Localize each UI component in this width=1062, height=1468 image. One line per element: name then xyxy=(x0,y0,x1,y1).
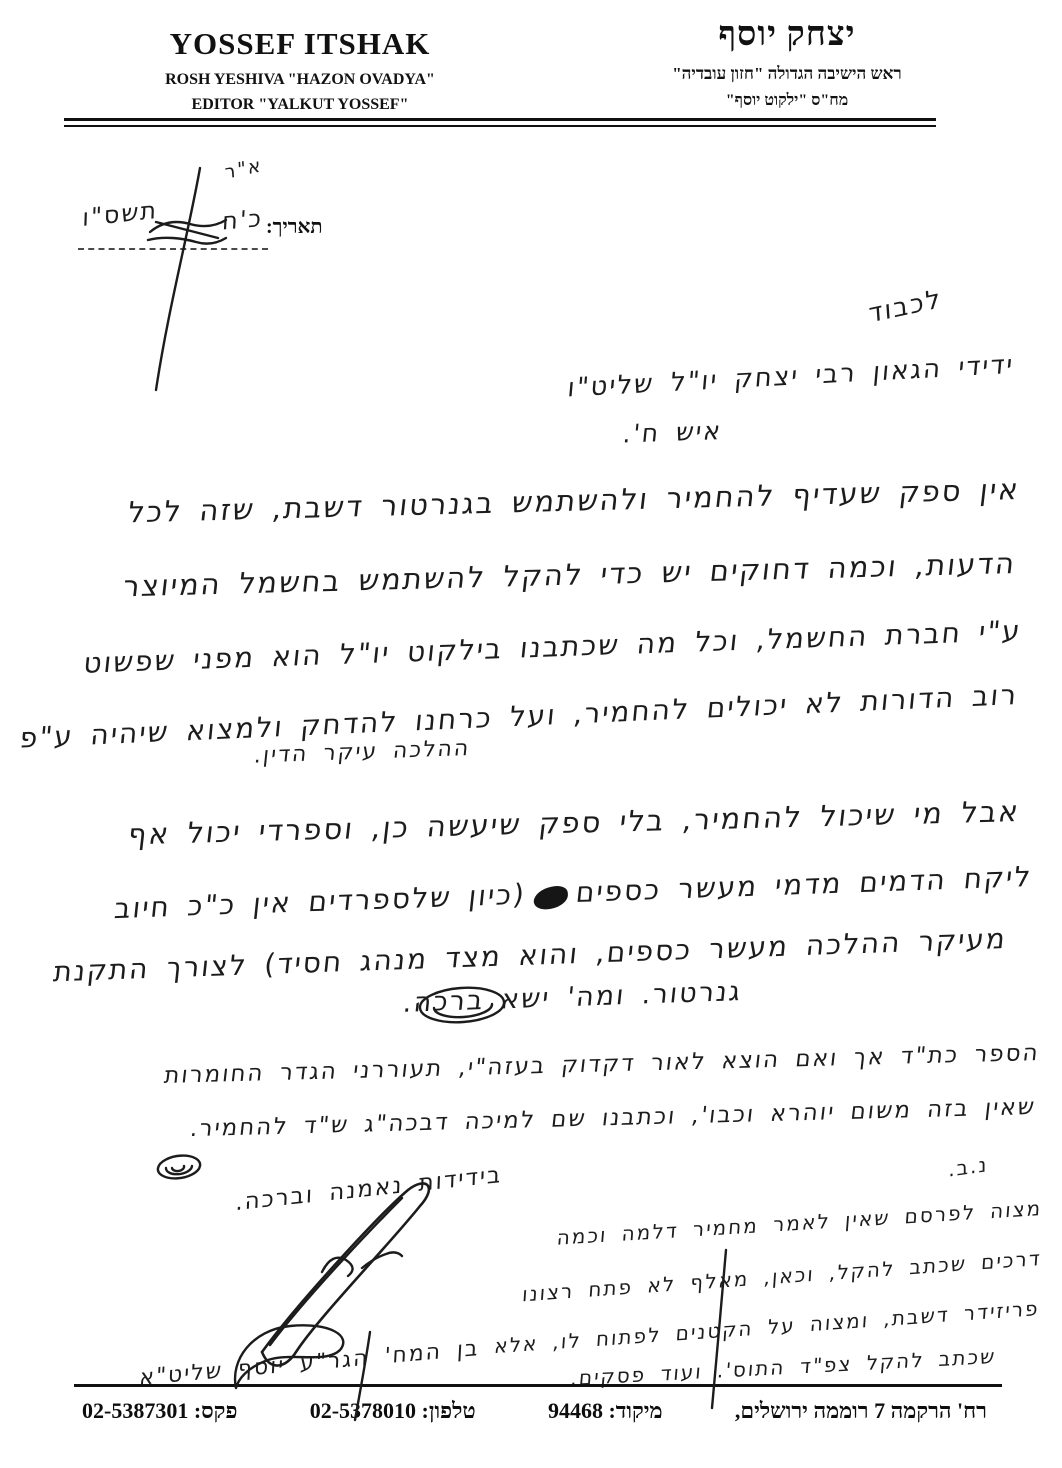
letterhead-role2-en: EDITOR "YALKUT YOSSEF" xyxy=(130,96,470,114)
letterhead-english: YOSSEF ITSHAK ROSH YESHIVA "HAZON OVADYA… xyxy=(130,26,470,114)
date-underline xyxy=(78,228,268,250)
salutation-recipient: ידידי הגאון רבי יצחק יו"ל שליט"ו xyxy=(566,350,1015,404)
body-line: הדעות, וכמה דחוקים יש כדי להקל להשתמש בח… xyxy=(121,546,1018,603)
body-line: אין ספק שעדיף להחמיר ולהשתמש בגנרטור דשב… xyxy=(127,472,1022,529)
body-line: מעיקר ההלכה מעשר כספים, והוא מצד מנהג חס… xyxy=(52,922,1009,988)
body-line: אבל מי שיכול להחמיר, בלי ספק שיעשה כן, ו… xyxy=(126,794,1022,851)
body-line-with-ink-blot: ליקח הדמים מדמי מעשר כספים (כיון שלספרדי… xyxy=(113,860,1034,925)
letterhead-role2-he: מח"ס "ילקוט יוסף" xyxy=(622,92,952,110)
body-line: גנרטור. ומה' ישא ברכה. xyxy=(402,976,744,1019)
footer-address: רח' הרקמה 7 רוממה ירושלים, xyxy=(735,1398,987,1424)
date-label: תאריך: xyxy=(266,216,323,239)
date-month-handwritten: א"ר xyxy=(224,154,263,184)
letterhead-name-he: יצחק יוסף xyxy=(622,16,952,54)
body-line-segment: ליקח הדמים מדמי מעשר כספים xyxy=(574,860,1034,909)
letterhead-hebrew: יצחק יוסף ראש הישיבה הגדולה "חזון עובדיה… xyxy=(622,16,952,110)
postscript-line: דרכים שכתב להקל, וכאן, מאלף לא פתח רצונו xyxy=(522,1246,1043,1306)
footer-phone: טלפון: 02-5378010 xyxy=(310,1398,476,1424)
postscript-line: מצוה לפרסם שאין לאמר מחמיר דלמה וכמה xyxy=(556,1196,1043,1250)
footer-rule xyxy=(74,1384,1002,1387)
footer-fax: פקס: 02-5387301 xyxy=(82,1398,237,1424)
footer-contact-line: רח' הרקמה 7 רוממה ירושלים, מיקוד: 94468 … xyxy=(82,1398,987,1424)
signature-scribble-inner xyxy=(270,1198,402,1345)
closing-scribble xyxy=(158,1156,200,1179)
date-year-handwritten: תשס"ו xyxy=(82,196,159,232)
letterhead-role-he: ראש הישיבה הגדולה "חזון עובדיה" xyxy=(622,64,952,84)
body-line: הספר כת"ד אך ואם הוצא לאור דקדוק בעזה"י,… xyxy=(163,1040,1041,1089)
signature-caption: בן המח' הגר"ע יוסף שליט"א xyxy=(139,1336,481,1391)
postscript-label: נ.ב. xyxy=(948,1152,988,1182)
date-long-stroke xyxy=(156,168,200,390)
signature-scribble xyxy=(262,1183,429,1365)
body-line: שאין בזה משום יוהרא וכבו', וכתבנו שם למי… xyxy=(189,1094,1038,1142)
body-line: ע"י חברת החשמל, וכל מה שכתבנו בילקוט יו"… xyxy=(82,614,1024,680)
letterhead-role-en: ROSH YESHIVA "HAZON OVADYA" xyxy=(130,71,470,89)
scanned-letter-page: YOSSEF ITSHAK ROSH YESHIVA "HAZON OVADYA… xyxy=(0,0,1062,1468)
closing-salutation: בידידות נאמנה וברכה. xyxy=(235,1162,503,1216)
body-line: רוב הדורות לא יכולים להחמיר, ועל כרחנו ל… xyxy=(18,678,1019,755)
salutation-line3: איש ח'. xyxy=(621,416,723,449)
body-line-segment: (כיון שלספרדים אין כ"כ חיוב xyxy=(113,878,528,926)
letterhead-name-en: YOSSEF ITSHAK xyxy=(130,26,470,62)
footer-postal-code: מיקוד: 94468 xyxy=(548,1398,663,1424)
ink-blot xyxy=(533,884,568,912)
header-double-rule-bottom xyxy=(64,125,936,127)
header-double-rule-top xyxy=(64,118,936,121)
signature-name-squiggle xyxy=(322,1252,402,1276)
salutation-greeting: לכבוד xyxy=(868,284,943,330)
